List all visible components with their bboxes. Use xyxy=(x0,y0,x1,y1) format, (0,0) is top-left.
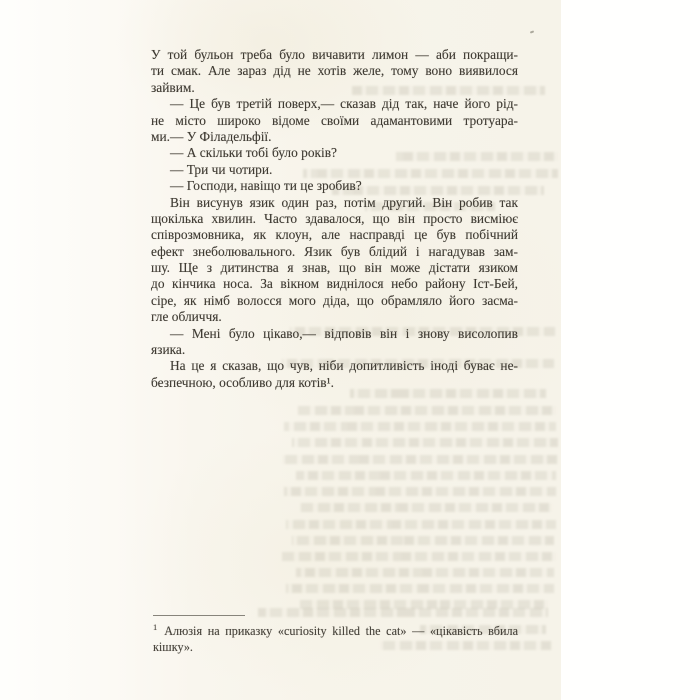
bleed-through-line xyxy=(298,406,556,415)
text-line: ти смак. Але зараз дід не хотів желе, то… xyxy=(151,63,518,79)
text-line: сіре, як німб волосся мого діда, що обра… xyxy=(151,293,518,309)
book-page: У той бульон треба було вичавити лимон —… xyxy=(0,0,700,700)
text-line: до кінчика носа. За вікном виднілося неб… xyxy=(151,276,518,292)
text-line: У той бульон треба було вичавити лимон —… xyxy=(151,47,518,63)
text-line: щокілька хвилин. Часто здавалося, що він… xyxy=(151,211,518,227)
bleed-through-line xyxy=(258,608,548,617)
footnote-text: кішку». xyxy=(153,640,193,654)
text-line: — А скільки тобі було років? xyxy=(151,145,518,161)
bleed-through-line xyxy=(300,503,552,512)
footnote-separator xyxy=(153,615,245,616)
text-line: співрозмовника, як клоун, але насправді … xyxy=(151,227,518,243)
bleed-through-line xyxy=(292,536,554,545)
text-line: — Господи, навіщо ти це зробив? xyxy=(151,178,518,194)
footnote-line: 1Алюзія на приказку «curiosity killed th… xyxy=(153,619,518,639)
bleed-through-line xyxy=(284,487,556,496)
text-line: шу. Ще з дитинства я знав, що він може д… xyxy=(151,260,518,276)
bleed-through-line xyxy=(286,584,554,593)
text-line: Він висунув язик один раз, потім другий.… xyxy=(151,195,518,211)
bleed-through-line xyxy=(282,552,556,561)
bleed-through-line xyxy=(284,422,556,431)
text-line: безпечною, особливо для котів¹. xyxy=(151,375,518,391)
footnote-marker: 1 xyxy=(153,622,157,632)
text-line: гле обличчя. xyxy=(151,309,518,325)
bleed-through-line xyxy=(296,568,554,577)
footnote: 1Алюзія на приказку «curiosity killed th… xyxy=(153,619,518,655)
text-line: зайвим. xyxy=(151,80,518,96)
bleed-through-line xyxy=(286,520,556,529)
text-line: язика. xyxy=(151,342,518,358)
text-line: ефект знеболювального. Язик був блідий і… xyxy=(151,244,518,260)
text-line: — Це був третій поверх,— сказав дід так,… xyxy=(151,96,518,112)
bleed-through-line xyxy=(282,455,558,464)
text-line: — Мені було цікаво,— відповів він і знов… xyxy=(151,326,518,342)
footnote-line: кішку». xyxy=(153,639,518,655)
text-line: — Три чи чотири. xyxy=(151,162,518,178)
bleed-through-line xyxy=(296,471,556,480)
footnote-text: Алюзія на приказку «curiosity killed the… xyxy=(164,624,518,638)
bleed-through-line xyxy=(292,438,558,447)
text-line: На це я сказав, що чув, ніби допитливіст… xyxy=(151,358,518,374)
main-text-block: У той бульон треба було вичавити лимон —… xyxy=(151,47,518,391)
text-line: ми.— У Філадельфії. xyxy=(151,129,518,145)
text-line: не місто широко відоме своїми адамантови… xyxy=(151,113,518,129)
